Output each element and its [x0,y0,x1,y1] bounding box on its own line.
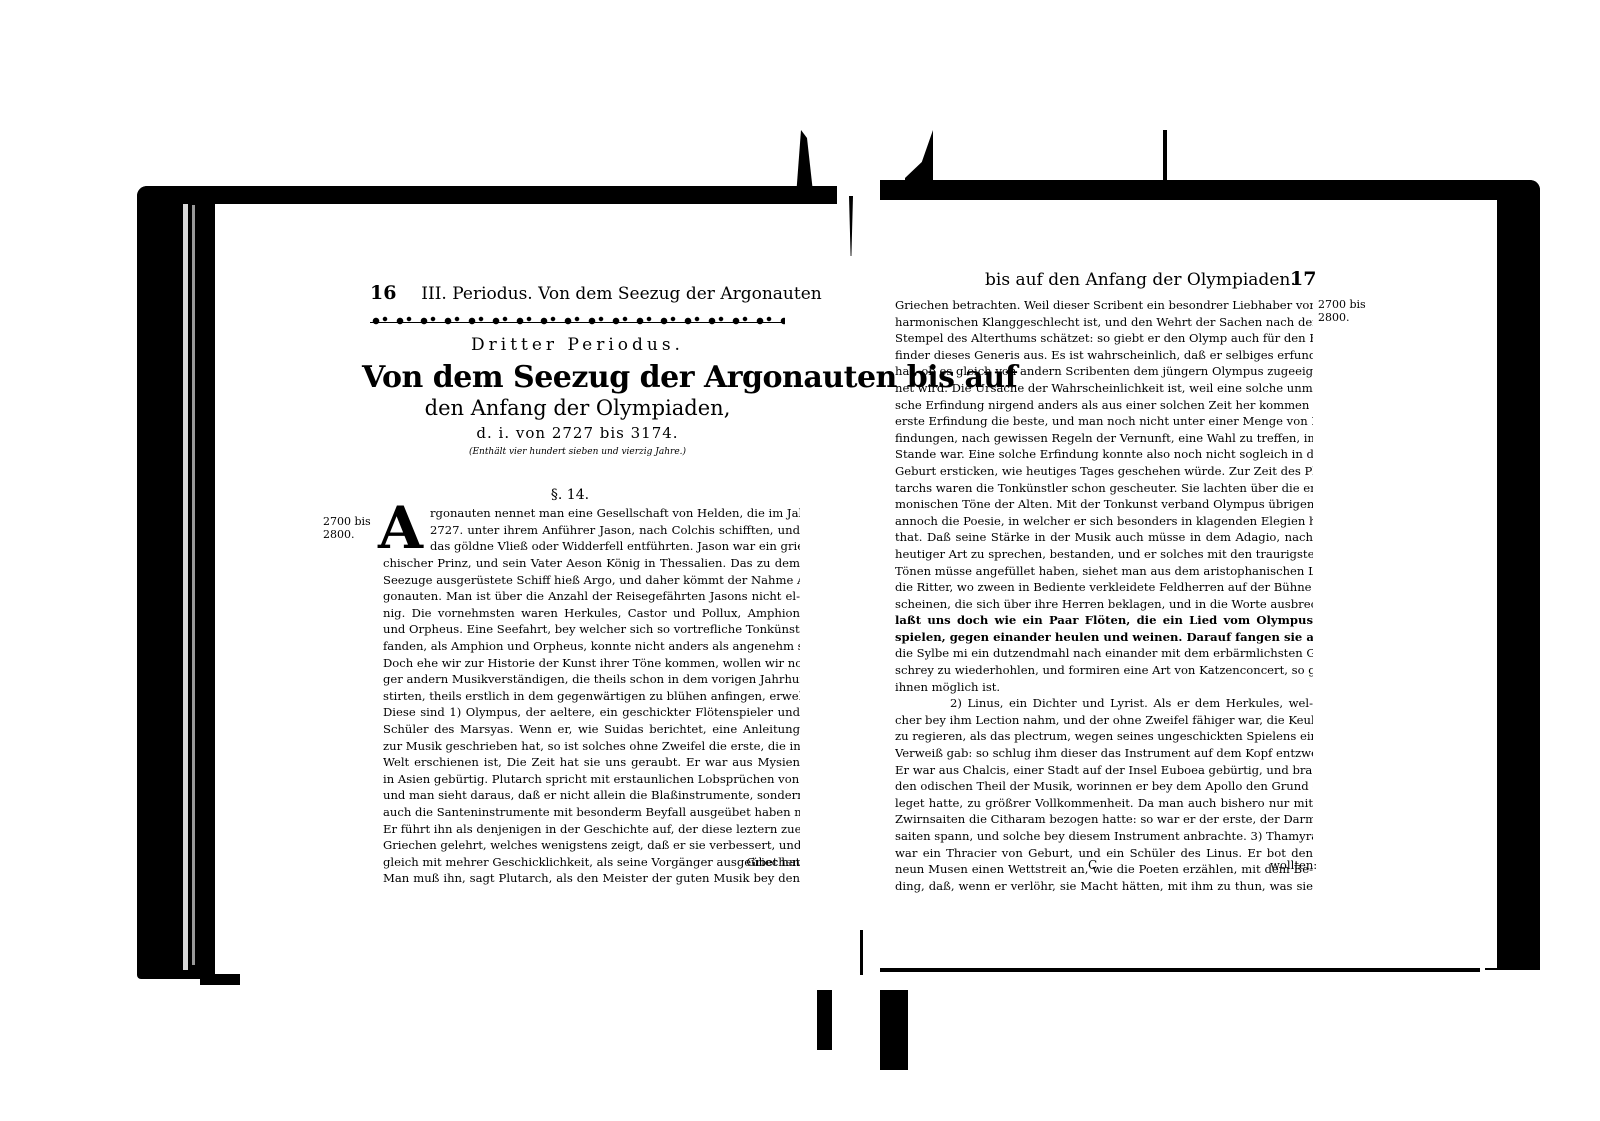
text-line: Griechen gelehrt, welches wenigstens zei… [383,837,800,854]
chapter-title: Von dem Seezug der Argonauten bis auf [362,360,792,395]
signature-mark: C [1088,858,1097,872]
text-line: Griechen betrachten. Weil dieser Scriben… [895,297,1313,314]
text-line: die Ritter, wo zween in Bediente verklei… [895,579,1313,596]
text-line: zur Musik geschrieben hat, so ist solche… [383,738,800,755]
page-number: 16 [370,282,396,304]
text-line: 2727. unter ihrem Anführer Jason, nach C… [430,522,800,539]
text-line: auch die Santeninstrumente mit besonderm… [383,804,800,821]
text-line: zu regieren, als das plectrum, wegen sei… [895,728,1313,745]
text-line: Doch ehe wir zur Historie der Kunst ihre… [383,655,800,672]
text-line: stirten, theils erstlich in dem gegenwär… [383,688,800,705]
text-line: Er war aus Chalcis, einer Stadt auf der … [895,762,1313,779]
drop-cap-initial: A [378,500,423,556]
page-bottom-edge [880,968,1480,972]
text-line: den odischen Theil der Musik, worinnen e… [895,778,1313,795]
text-line: die Sylbe mi ein dutzendmahl nach einand… [895,645,1313,662]
margin-note-left: 2700 bis 2800. [323,515,371,541]
text-line: schrey zu wiederhohlen, und formiren ein… [895,662,1313,679]
text-line: laßt uns doch wie ein Paar Flöten, die e… [895,612,1313,629]
text-line: Seezuge ausgerüstete Schiff hieß Argo, u… [383,572,800,589]
running-head-text: III. Periodus. Von dem Seezug der Argona… [421,284,821,304]
text-line: leget hatte, zu größrer Vollkommenheit. … [895,795,1313,812]
text-line: Tönen müsse angefüllet haben, siehet man… [895,563,1313,580]
text-line: gonauten. Man ist über die Anzahl der Re… [383,588,800,605]
text-line: neun Musen einen Wettstreit an, wie die … [895,861,1313,878]
text-line: ding, daß, wenn er verlöhr, sie Macht hä… [895,878,1313,895]
text-line: 2) Linus, ein Dichter und Lyrist. Als er… [895,695,1313,712]
text-line: Verweiß gab: so schlug ihm dieser das In… [895,745,1313,762]
book-cover-left-edge [137,186,215,979]
chapter-note: (Enthält vier hundert sieben und vierzig… [370,447,785,457]
section-heading: §. 14. [520,487,620,503]
text-line: annoch die Poesie, in welcher er sich be… [895,513,1313,530]
text-line: nig. Die vornehmsten waren Herkules, Cas… [383,605,800,622]
text-line: Welt erschienen ist, Die Zeit hat sie un… [383,754,800,771]
page-stack-highlight [192,205,195,965]
right-body-text: Griechen betrachten. Weil dieser Scriben… [895,297,1313,894]
text-line: und man sieht daraus, daß er nicht allei… [383,787,800,804]
chapter-date-range: d. i. von 2727 bis 3174. [370,424,785,442]
text-line: harmonischen Klanggeschlecht ist, und de… [895,314,1313,331]
gutter-artifact [795,130,815,210]
text-line: Er führt ihn als denjenigen in der Gesch… [383,821,800,838]
text-line: Schüler des Marsyas. Wenn er, wie Suidas… [383,721,800,738]
running-head-text: bis auf den Anfang der Olympiaden. [985,270,1296,290]
text-line: war ein Thracier von Geburt, und ein Sch… [895,845,1313,862]
text-line: rgonauten nennet man eine Gesellschaft v… [430,505,800,522]
gutter-artifact [817,990,832,1050]
period-label: Dritter Periodus. [370,335,785,355]
text-line: saiten spann, und solche bey diesem Inst… [895,828,1313,845]
text-line: Geburt ersticken, wie heutiges Tages ges… [895,463,1313,480]
text-line: spielen, gegen einander heulen und weine… [895,629,1313,646]
text-line: finder dieses Generis aus. Es ist wahrsc… [895,347,1313,364]
catchword: Griechen [383,855,800,869]
text-line: ger andern Musikverständigen, die theils… [383,671,800,688]
text-line: und Orpheus. Eine Seefahrt, bey welcher … [383,621,800,638]
left-running-head: 16 III. Periodus. Von dem Seezug der Arg… [370,282,822,304]
left-body-opening-lines: rgonauten nennet man eine Gesellschaft v… [430,505,800,555]
text-line: chischer Prinz, und sein Vater Aeson Kön… [383,555,800,572]
text-line: heutiger Art zu sprechen, bestanden, und… [895,546,1313,563]
left-body-text: chischer Prinz, und sein Vater Aeson Kön… [383,555,800,887]
text-line: hat, ob es gleich von andern Scribenten … [895,363,1313,380]
catchword: wollten: [1270,858,1317,872]
page-stack-highlight [183,200,188,970]
gutter-artifact [880,990,908,1070]
text-line: cher bey ihm Lection nahm, und der ohne … [895,712,1313,729]
text-line: Diese sind 1) Olympus, der aeltere, ein … [383,704,800,721]
margin-note-right: 2700 bis 2800. [1318,298,1366,324]
chapter-subtitle: den Anfang der Olympiaden, [370,396,785,420]
right-running-head: bis auf den Anfang der Olympiaden. [985,270,1296,290]
gutter-fold-line [849,196,853,256]
text-line: Stempel des Alterthums schätzet: so gieb… [895,330,1313,347]
text-line: findungen, nach gewissen Regeln der Vern… [895,430,1313,447]
page-number: 17 [1290,268,1316,290]
text-line: tarchs waren die Tonkünstler schon gesch… [895,480,1313,497]
text-line: net wird. Die Ursache der Wahrscheinlich… [895,380,1313,397]
gutter-fold-line [860,930,863,975]
text-line: Man muß ihn, sagt Plutarch, als den Meis… [383,870,800,887]
text-line: Stande war. Eine solche Erfindung konnte… [895,446,1313,463]
text-line: in Asien gebürtig. Plutarch spricht mit … [383,771,800,788]
book-cover-top-edge-right [880,180,1540,200]
text-line: ihnen möglich ist. [895,679,1313,696]
text-line: sche Erfindung nirgend anders als aus ei… [895,397,1313,414]
text-line: that. Daß seine Stärke in der Musik auch… [895,529,1313,546]
decorative-ornament-band [370,314,785,328]
text-line: scheinen, die sich über ihre Herren bekl… [895,596,1313,613]
text-line: das göldne Vließ oder Widderfell entführ… [430,538,800,555]
text-line: Zwirnsaiten die Citharam bezogen hatte: … [895,811,1313,828]
text-line: fanden, als Amphion und Orpheus, konnte … [383,638,800,655]
text-line: erste Erfindung die beste, und man noch … [895,413,1313,430]
text-line: monischen Töne der Alten. Mit der Tonkun… [895,496,1313,513]
